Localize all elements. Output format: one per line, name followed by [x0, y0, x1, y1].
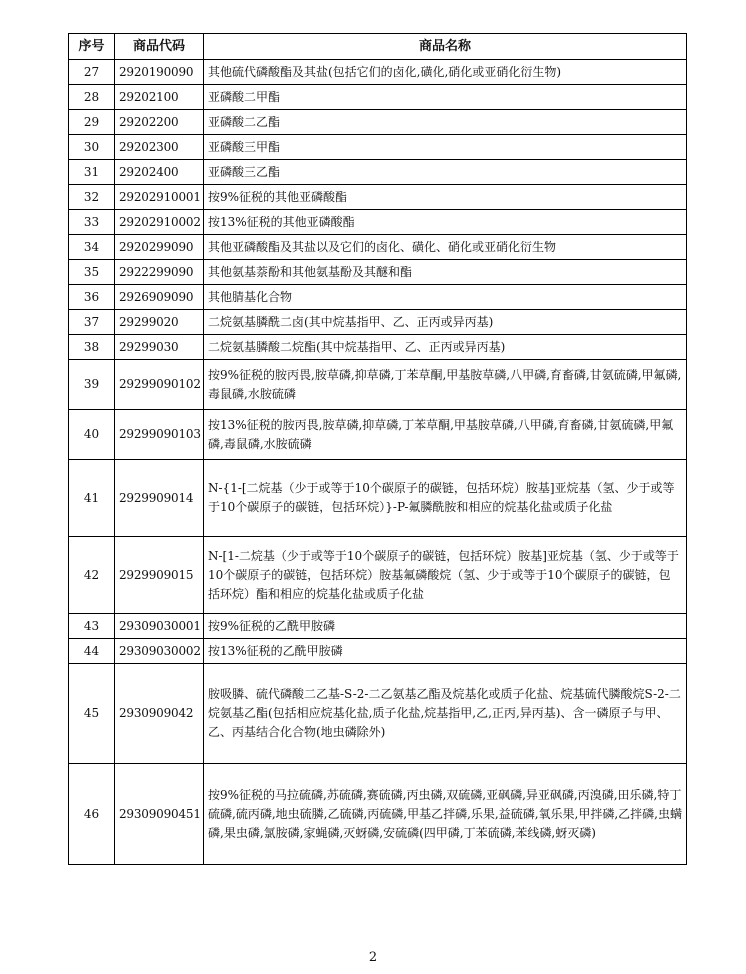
table-row: 3729299020二烷氨基膦酰二卤(其中烷基指甲、乙、正丙或异丙基): [69, 310, 687, 335]
commodity-code: 2922299090: [115, 260, 204, 285]
serial-no: 27: [69, 60, 115, 85]
commodity-table: 序号 商品代码 商品名称 272920190090其他硫代磷酸酯及其盐(包括它们…: [68, 33, 687, 865]
table-header-row: 序号 商品代码 商品名称: [69, 34, 687, 60]
commodity-code: 29202300: [115, 135, 204, 160]
commodity-code: 29309090451: [115, 764, 204, 865]
serial-no: 42: [69, 537, 115, 614]
table-row: 272920190090其他硫代磷酸酯及其盐(包括它们的卤化,磺化,硝化或亚硝化…: [69, 60, 687, 85]
commodity-name: 亚磷酸二乙酯: [204, 110, 687, 135]
commodity-code: 29202200: [115, 110, 204, 135]
commodity-code: 2920299090: [115, 235, 204, 260]
commodity-code: 2930909042: [115, 664, 204, 764]
commodity-code: 29299030: [115, 335, 204, 360]
commodity-name: 其他亚磷酸酯及其盐以及它们的卤化、磺化、硝化或亚硝化衍生物: [204, 235, 687, 260]
table-row: 452930909042胺吸膦、硫代磷酸二乙基-S-2-二乙氨基乙酯及烷基化或质…: [69, 664, 687, 764]
commodity-name: 其他硫代磷酸酯及其盐(包括它们的卤化,磺化,硝化或亚硝化衍生物): [204, 60, 687, 85]
commodity-code: 2926909090: [115, 285, 204, 310]
commodity-code: 29202910002: [115, 210, 204, 235]
table-row: 4629309090451按9%征税的马拉硫磷,苏硫磷,赛硫磷,丙虫磷,双硫磷,…: [69, 764, 687, 865]
commodity-name: 其他氨基萘酚和其他氨基酚及其醚和酯: [204, 260, 687, 285]
commodity-name: N-[1-二烷基（少于或等于10个碳原子的碳链，包括环烷）胺基]亚烷基（氢、少于…: [204, 537, 687, 614]
serial-no: 44: [69, 639, 115, 664]
table-row: 3929299090102按9%征税的胺丙畏,胺草磷,抑草磷,丁苯草酮,甲基胺草…: [69, 360, 687, 410]
commodity-name: 亚磷酸三乙酯: [204, 160, 687, 185]
table-row: 3329202910002按13%征税的其他亚磷酸酯: [69, 210, 687, 235]
header-commodity-name: 商品名称: [204, 34, 687, 60]
commodity-code: 29202400: [115, 160, 204, 185]
commodity-name: 其他腈基化合物: [204, 285, 687, 310]
table-row: 422929909015N-[1-二烷基（少于或等于10个碳原子的碳链，包括环烷…: [69, 537, 687, 614]
commodity-name: 按13%征税的其他亚磷酸酯: [204, 210, 687, 235]
commodity-name: 二烷氨基膦酰二卤(其中烷基指甲、乙、正丙或异丙基): [204, 310, 687, 335]
table-row: 3229202910001按9%征税的其他亚磷酸酯: [69, 185, 687, 210]
serial-no: 46: [69, 764, 115, 865]
serial-no: 33: [69, 210, 115, 235]
commodity-name: 按9%征税的胺丙畏,胺草磷,抑草磷,丁苯草酮,甲基胺草磷,八甲磷,育畜磷,甘氨硫…: [204, 360, 687, 410]
commodity-name: 按9%征税的乙酰甲胺磷: [204, 614, 687, 639]
serial-no: 32: [69, 185, 115, 210]
table-row: 2829202100亚磷酸二甲酯: [69, 85, 687, 110]
serial-no: 35: [69, 260, 115, 285]
serial-no: 45: [69, 664, 115, 764]
table-row: 352922299090其他氨基萘酚和其他氨基酚及其醚和酯: [69, 260, 687, 285]
commodity-name: 二烷氨基膦酸二烷酯(其中烷基指甲、乙、正丙或异丙基): [204, 335, 687, 360]
header-commodity-code: 商品代码: [115, 34, 204, 60]
commodity-name: 按13%征税的乙酰甲胺磷: [204, 639, 687, 664]
page-number: 2: [0, 950, 746, 965]
commodity-code: 29202100: [115, 85, 204, 110]
serial-no: 28: [69, 85, 115, 110]
commodity-code: 29299090103: [115, 410, 204, 460]
serial-no: 31: [69, 160, 115, 185]
commodity-code: 29299090102: [115, 360, 204, 410]
commodity-name: 按9%征税的马拉硫磷,苏硫磷,赛硫磷,丙虫磷,双硫磷,亚砜磷,异亚砜磷,丙溴磷,…: [204, 764, 687, 865]
table-row: 4329309030001按9%征税的乙酰甲胺磷: [69, 614, 687, 639]
commodity-name: 按13%征税的胺丙畏,胺草磷,抑草磷,丁苯草酮,甲基胺草磷,八甲磷,育畜磷,甘氨…: [204, 410, 687, 460]
serial-no: 34: [69, 235, 115, 260]
commodity-name: N-{1-[二烷基（少于或等于10个碳原子的碳链，包括环烷）胺基]亚烷基（氢、少…: [204, 460, 687, 537]
table-row: 2929202200亚磷酸二乙酯: [69, 110, 687, 135]
serial-no: 30: [69, 135, 115, 160]
serial-no: 43: [69, 614, 115, 639]
commodity-code: 29309030001: [115, 614, 204, 639]
serial-no: 37: [69, 310, 115, 335]
table-row: 3829299030二烷氨基膦酸二烷酯(其中烷基指甲、乙、正丙或异丙基): [69, 335, 687, 360]
serial-no: 41: [69, 460, 115, 537]
serial-no: 40: [69, 410, 115, 460]
commodity-code: 2929909015: [115, 537, 204, 614]
commodity-code: 2929909014: [115, 460, 204, 537]
table-row: 4029299090103按13%征税的胺丙畏,胺草磷,抑草磷,丁苯草酮,甲基胺…: [69, 410, 687, 460]
commodity-code: 29309030002: [115, 639, 204, 664]
commodity-name: 亚磷酸三甲酯: [204, 135, 687, 160]
table-row: 3029202300亚磷酸三甲酯: [69, 135, 687, 160]
commodity-name: 胺吸膦、硫代磷酸二乙基-S-2-二乙氨基乙酯及烷基化或质子化盐、烷基硫代膦酸烷S…: [204, 664, 687, 764]
commodity-code: 29299020: [115, 310, 204, 335]
serial-no: 38: [69, 335, 115, 360]
commodity-code: 29202910001: [115, 185, 204, 210]
commodity-name: 亚磷酸二甲酯: [204, 85, 687, 110]
table-row: 342920299090其他亚磷酸酯及其盐以及它们的卤化、磺化、硝化或亚硝化衍生…: [69, 235, 687, 260]
table-row: 412929909014N-{1-[二烷基（少于或等于10个碳原子的碳链，包括环…: [69, 460, 687, 537]
commodity-name: 按9%征税的其他亚磷酸酯: [204, 185, 687, 210]
commodity-code: 2920190090: [115, 60, 204, 85]
serial-no: 39: [69, 360, 115, 410]
serial-no: 29: [69, 110, 115, 135]
table-row: 362926909090其他腈基化合物: [69, 285, 687, 310]
serial-no: 36: [69, 285, 115, 310]
header-serial-no: 序号: [69, 34, 115, 60]
table-row: 3129202400亚磷酸三乙酯: [69, 160, 687, 185]
table-row: 4429309030002按13%征税的乙酰甲胺磷: [69, 639, 687, 664]
